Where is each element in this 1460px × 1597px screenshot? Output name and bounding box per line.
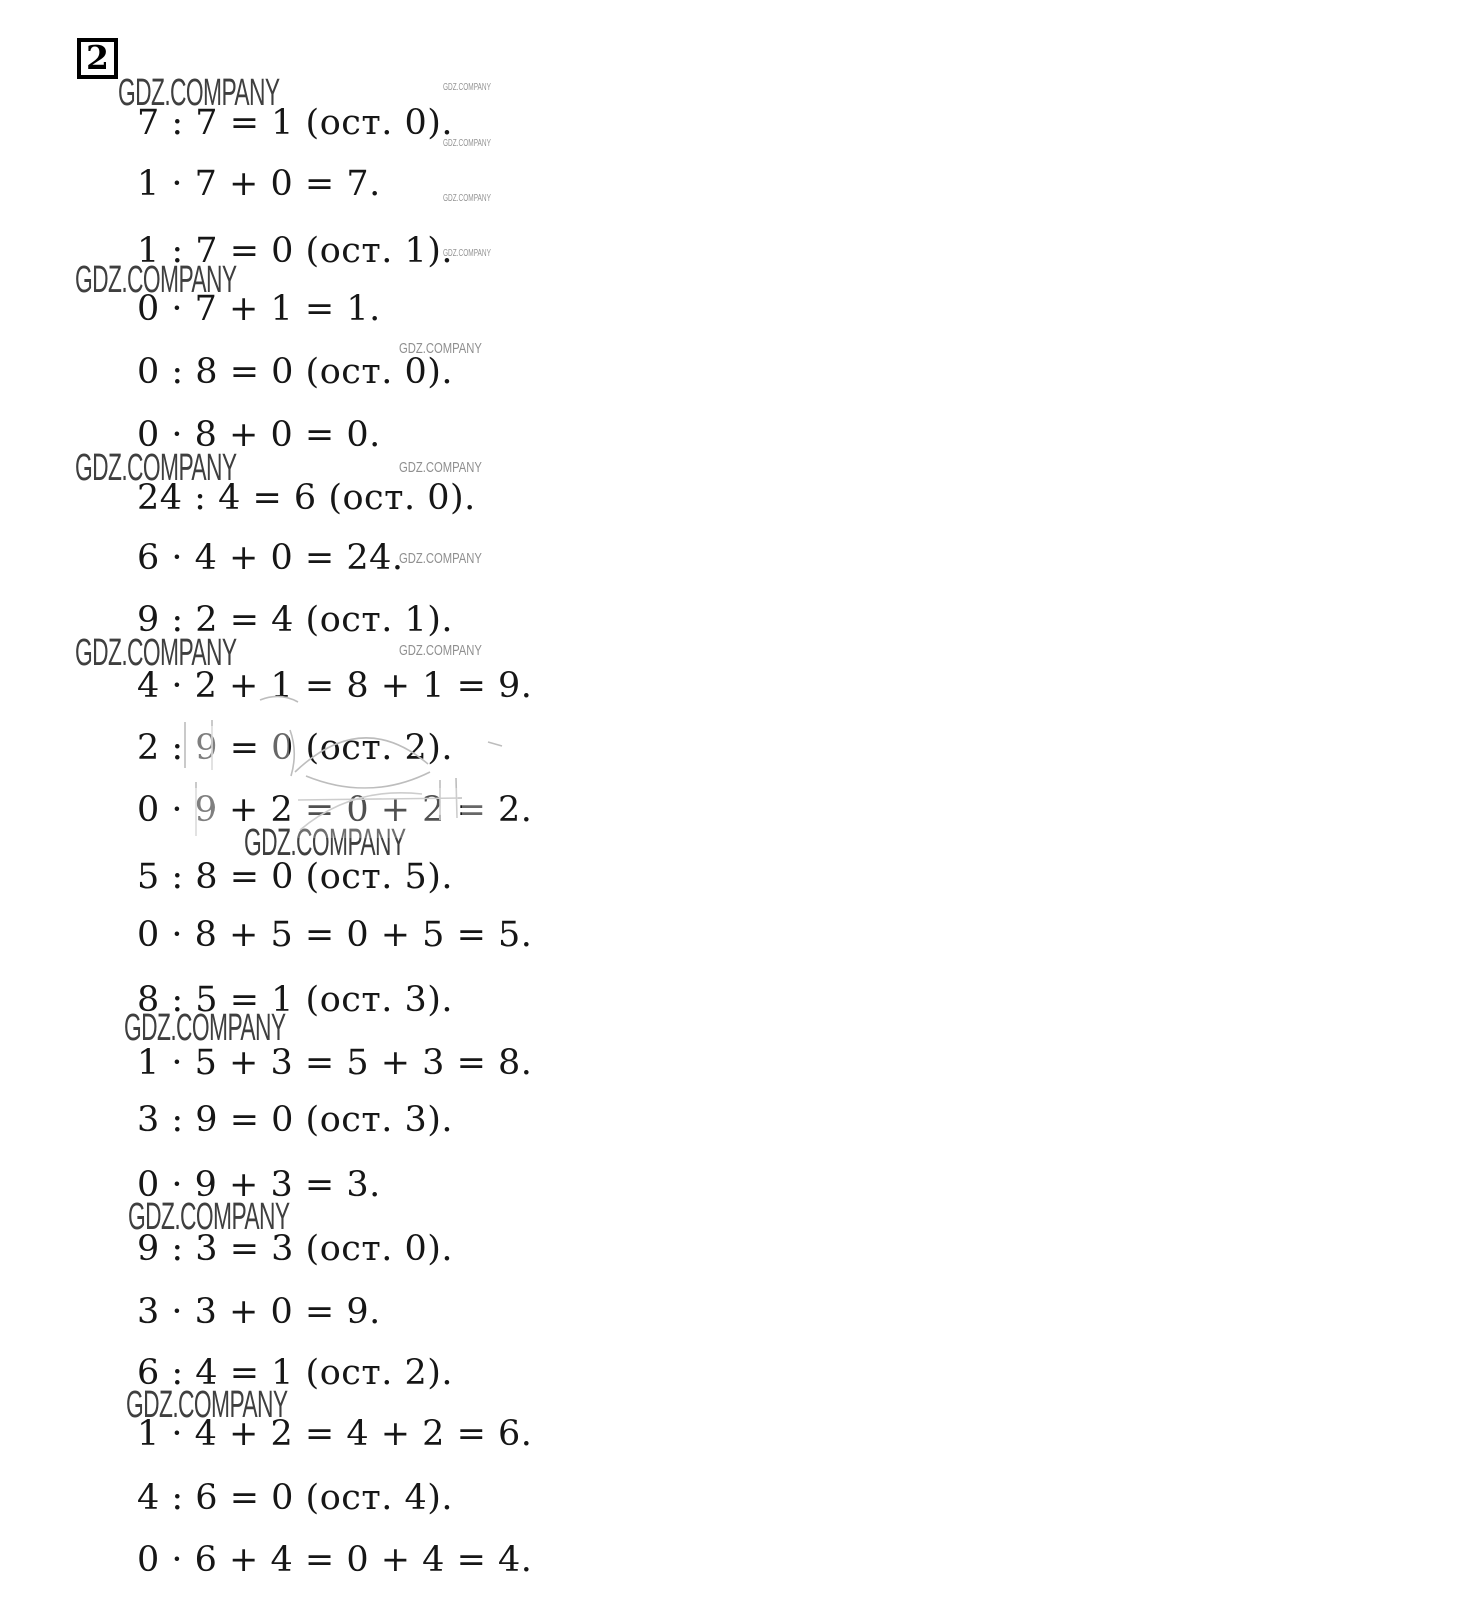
equation-line-07: 24 : 4 = 6 (ост. 0). xyxy=(137,481,476,516)
equation-line-14: 0 · 8 + 5 = 0 + 5 = 5. xyxy=(137,918,532,953)
equation-line-23: 4 : 6 = 0 (ост. 4). xyxy=(137,1481,453,1516)
equation-line-13: 5 : 8 = 0 (ост. 5). xyxy=(137,860,453,895)
watermark-medium: GDZ.COMPANY xyxy=(399,643,482,658)
watermark-tiny: GDZ.COMPANY xyxy=(443,194,491,204)
problem-number-badge: 2 xyxy=(77,38,118,79)
equation-line-03: 1 : 7 = 0 (ост. 1). xyxy=(137,234,453,269)
answer-page: 2 GDZ.COMPANY GDZ.COMPANY GDZ.COMPANY GD… xyxy=(0,0,1460,1597)
equation-line-10: 4 · 2 + 1 = 8 + 1 = 9. xyxy=(137,669,532,704)
equation-line-11: 2 : 9 = 0 (ост. 2). xyxy=(137,731,453,766)
equation-line-08: 6 · 4 + 0 = 24. xyxy=(137,541,404,576)
equation-line-21: 6 : 4 = 1 (ост. 2). xyxy=(137,1356,453,1391)
equation-line-24: 0 · 6 + 4 = 0 + 4 = 4. xyxy=(137,1543,532,1578)
equation-line-18: 0 · 9 + 3 = 3. xyxy=(137,1168,381,1203)
problem-number: 2 xyxy=(86,41,109,74)
equation-line-22: 1 · 4 + 2 = 4 + 2 = 6. xyxy=(137,1417,532,1452)
equation-line-15: 8 : 5 = 1 (ост. 3). xyxy=(137,983,453,1018)
equation-line-05: 0 : 8 = 0 (ост. 0). xyxy=(137,355,453,390)
equation-line-06: 0 · 8 + 0 = 0. xyxy=(137,418,381,453)
watermark-tiny: GDZ.COMPANY xyxy=(443,83,491,93)
equation-line-20: 3 · 3 + 0 = 9. xyxy=(137,1295,381,1330)
equation-line-01: 7 : 7 = 1 (ост. 0). xyxy=(137,106,453,141)
watermark-medium: GDZ.COMPANY xyxy=(399,460,482,475)
equation-line-19: 9 : 3 = 3 (ост. 0). xyxy=(137,1232,453,1267)
watermark-medium: GDZ.COMPANY xyxy=(399,551,482,566)
equation-line-17: 3 : 9 = 0 (ост. 3). xyxy=(137,1103,453,1138)
equation-line-04: 0 · 7 + 1 = 1. xyxy=(137,292,381,327)
equation-line-12: 0 · 9 + 2 = 0 + 2 = 2. xyxy=(137,793,532,828)
equation-line-02: 1 · 7 + 0 = 7. xyxy=(137,167,381,202)
equation-line-09: 9 : 2 = 4 (ост. 1). xyxy=(137,603,453,638)
equation-line-16: 1 · 5 + 3 = 5 + 3 = 8. xyxy=(137,1046,532,1081)
